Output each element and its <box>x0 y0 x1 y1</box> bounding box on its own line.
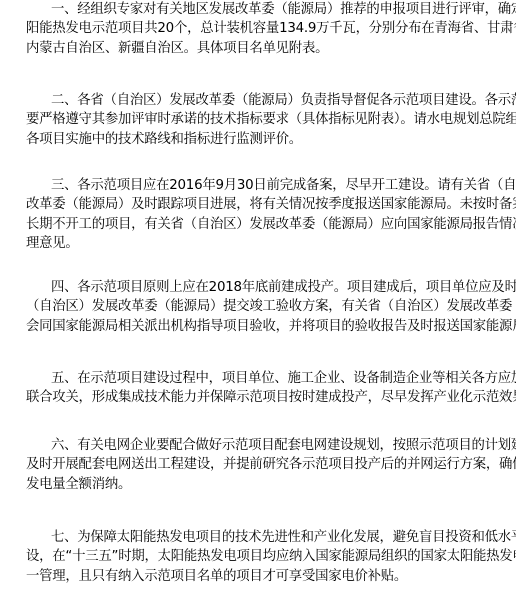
paragraph-line: 阳能热发电示范项目共20个，总计装机容量134.9万千瓦，分别分布在青海省、甘肃… <box>0 19 512 38</box>
paragraph-line: 五、在示范项目建设过程中，项目单位、施工企业、设备制造企业等相关各方应加强协作， <box>0 369 512 388</box>
paragraph-2: 二、各省（自治区）发展改革委（能源局）负责指导督促各示范项目建设。各示范项目建设… <box>0 91 512 149</box>
paragraph-7: 七、为保障太阳能热发电项目的技术先进性和产业化发展，避免盲目投资和低水平重复建 … <box>0 528 512 586</box>
paragraph-6: 六、有关电网企业要配合做好示范项目配套电网建设规划，按照示范项目的计划建设进度，… <box>0 436 512 494</box>
paragraph-4: 四、各示范项目原则上应在2018年底前建成投产。项目建成后，项目单位应及时向所在… <box>0 278 512 336</box>
paragraph-5: 五、在示范项目建设过程中，项目单位、施工企业、设备制造企业等相关各方应加强协作，… <box>0 369 512 408</box>
paragraph-3: 三、各示范项目应在2016年9月30日前完成备案，尽早开工建设。请有关省（自治区… <box>0 176 512 254</box>
paragraph-line: （自治区）发展改革委（能源局）提交竣工验收方案，有关省（自治区）发展改革委（能源… <box>0 297 512 316</box>
paragraph-line: 会同国家能源局相关派出机构指导项目验收，并将项目的验收报告及时报送国家能源局。 <box>0 317 512 336</box>
paragraph-line: 设，在“十三五”时期，太阳能热发电项目均应纳入国家能源局组织的国家太阳能热发电示… <box>0 547 512 566</box>
paragraph-line: 改革委（能源局）及时跟踪项目进展，将有关情况按季度报送国家能源局。未按时备案和备… <box>0 195 512 214</box>
paragraph-line: 联合攻关，形成集成技术能力并保障示范项目按时建成投产，尽早发挥产业化示范效果。 <box>0 388 512 407</box>
paragraph-line: 七、为保障太阳能热发电项目的技术先进性和产业化发展，避免盲目投资和低水平重复建 <box>0 528 512 547</box>
document-body: 一、经组织专家对有关地区发展改革委（能源局）推荐的申报项目进行评审，确定第一批太… <box>0 0 516 590</box>
paragraph-line: 二、各省（自治区）发展改革委（能源局）负责指导督促各示范项目建设。各示范项目建设 <box>0 91 512 110</box>
paragraph-line: 四、各示范项目原则上应在2018年底前建成投产。项目建成后，项目单位应及时向所在… <box>0 278 512 297</box>
paragraph-line: 发电量全额消纳。 <box>0 475 512 494</box>
paragraph-line: 长期不开工的项目，有关省（自治区）发展改革委（能源局）应向国家能源局报告情况并提… <box>0 215 512 234</box>
paragraph-line: 各项目实施中的技术路线和指标进行监测评价。 <box>0 130 512 149</box>
paragraph-line: 内蒙古自治区、新疆自治区。具体项目名单见附表。 <box>0 39 512 58</box>
paragraph-1: 一、经组织专家对有关地区发展改革委（能源局）推荐的申报项目进行评审，确定第一批太… <box>0 0 512 58</box>
paragraph-line: 理意见。 <box>0 234 512 253</box>
paragraph-line: 及时开展配套电网送出工程建设，并提前研究各示范项目投产后的并网运行方案，确保示范… <box>0 455 512 474</box>
paragraph-line: 要严格遵守其参加评审时承诺的技术指标要求（具体指标见附表）。请水电规划总院组织专… <box>0 110 512 129</box>
paragraph-line: 三、各示范项目应在2016年9月30日前完成备案，尽早开工建设。请有关省（自治区… <box>0 176 512 195</box>
paragraph-line: 一、经组织专家对有关地区发展改革委（能源局）推荐的申报项目进行评审，确定第一批太 <box>0 0 512 19</box>
paragraph-line: 一管理，且只有纳入示范项目名单的项目才可享受国家电价补贴。 <box>0 567 512 586</box>
paragraph-line: 六、有关电网企业要配合做好示范项目配套电网建设规划，按照示范项目的计划建设进度， <box>0 436 512 455</box>
